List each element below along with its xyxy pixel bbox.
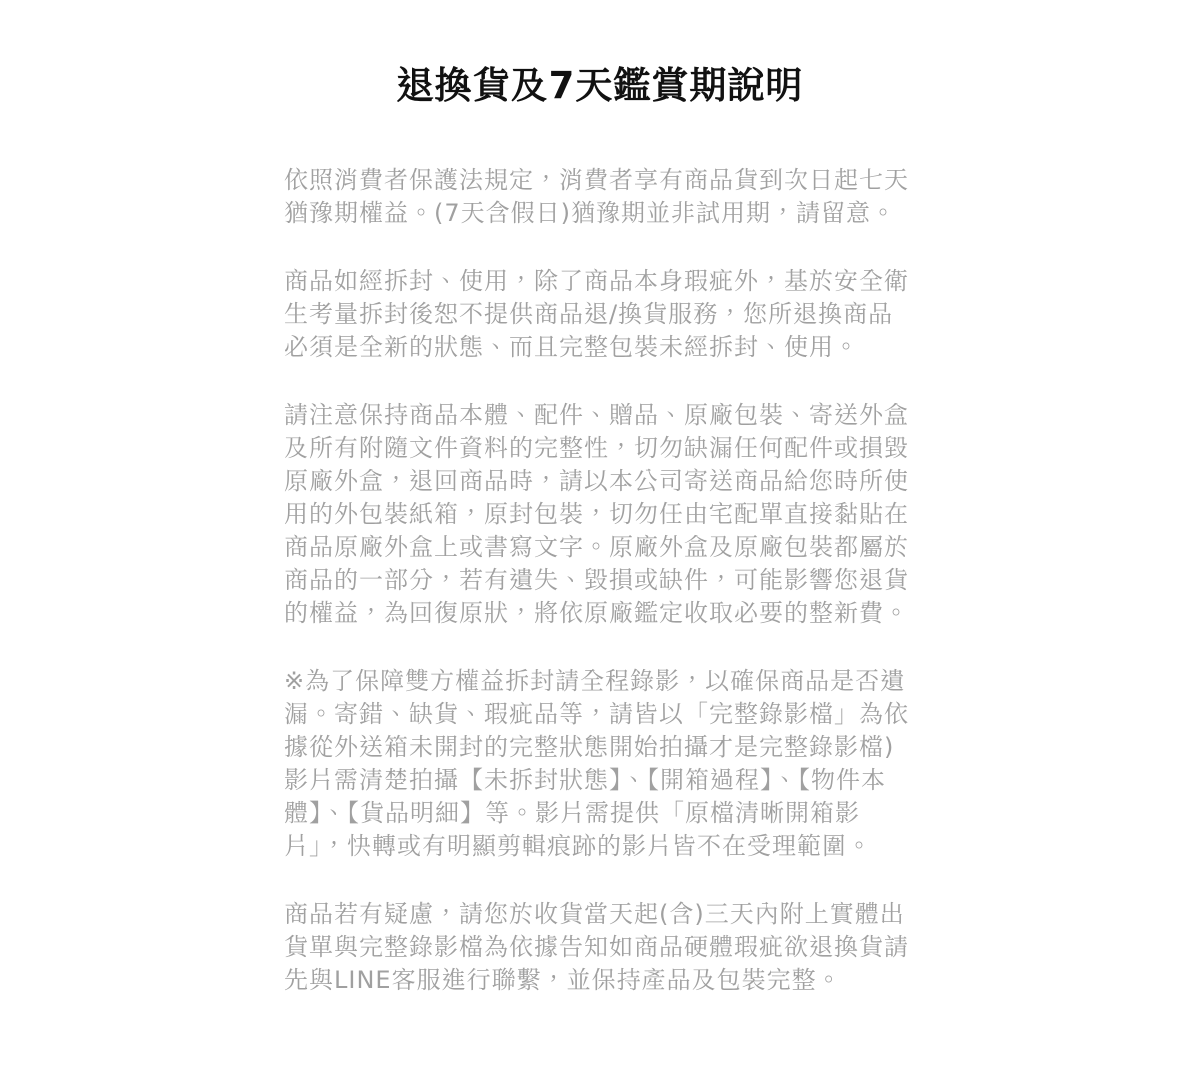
page-title: 退換貨及7天鑑賞期說明 <box>284 64 916 108</box>
return-policy-document: 退換貨及7天鑑賞期說明 依照消費者保護法規定，消費者享有商品貨到次日起七天猶豫期… <box>284 0 916 997</box>
policy-paragraph-unboxing-video: ※為了保障雙方權益拆封請全程錄影，以確保商品是否遺漏。寄錯、缺貨、瑕疵品等，請皆… <box>284 665 916 863</box>
policy-paragraph-packaging-integrity: 請注意保持商品本體、配件、贈品、原廠包裝、寄送外盒及所有附隨文件資料的完整性，切… <box>284 399 916 630</box>
policy-paragraph-contact-line-support: 商品若有疑慮，請您於收貨當天起(含)三天內附上實體出貨單與完整錄影檔為依據告知如… <box>284 898 916 997</box>
policy-paragraph-opened-products: 商品如經拆封、使用，除了商品本身瑕疵外，基於安全衛生考量拆封後恕不提供商品退/換… <box>284 265 916 364</box>
policy-paragraph-cooling-off-period: 依照消費者保護法規定，消費者享有商品貨到次日起七天猶豫期權益。(7天含假日)猶豫… <box>284 164 916 230</box>
